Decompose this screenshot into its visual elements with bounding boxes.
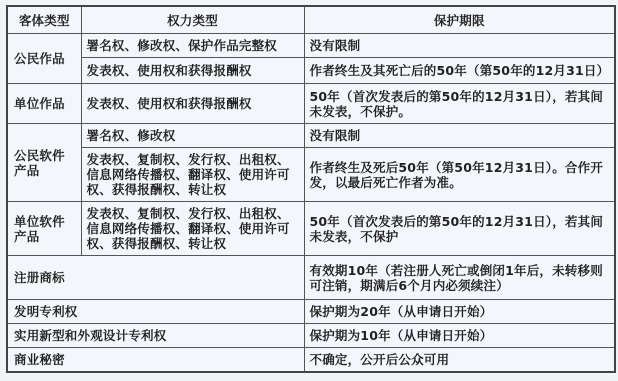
term-cell: 作者终生及死后50年（第50年12月31日）。合作开发，以最后死亡作者为准。 — [304, 148, 615, 202]
object-cell: 商业秘密 — [7, 348, 304, 372]
rights-cell: 发表权、使用权和获得报酬权 — [81, 58, 304, 84]
term-cell: 不确定，公开后公众可用 — [304, 348, 615, 372]
term-cell: 有效期10年（若注册人死亡或倒闭1年后，未转移则可注销，期满后6个月内必须续注） — [304, 256, 615, 300]
ip-protection-table-container: 客体类型 权力类型 保护期限 公民作品 署名权、修改权、保护作品完整权 没有限制… — [6, 5, 614, 373]
table-row: 实用新型和外观设计专利权 保护期为10年（从申请日开始） — [7, 324, 615, 348]
term-cell: 保护期为20年（从申请日开始） — [304, 300, 615, 324]
table-header-row: 客体类型 权力类型 保护期限 — [7, 6, 615, 34]
term-cell: 50年（首次发表后的第50年的12月31日），若其间未发表，不保护 — [304, 202, 615, 256]
rights-cell: 发表权、使用权和获得报酬权 — [81, 84, 304, 124]
rights-cell: 发表权、复制权、发行权、出租权、信息网络传播权、翻译权、使用许可权、获得报酬权、… — [81, 202, 304, 256]
term-cell: 没有限制 — [304, 124, 615, 148]
table-row: 发表权、使用权和获得报酬权 作者终生及其死亡后的50年（第50年的12月31日） — [7, 58, 615, 84]
table-row: 发表权、复制权、发行权、出租权、信息网络传播权、翻译权、使用许可权、获得报酬权、… — [7, 148, 615, 202]
object-cell: 发明专利权 — [7, 300, 304, 324]
term-cell: 保护期为10年（从申请日开始） — [304, 324, 615, 348]
table-row: 注册商标 有效期10年（若注册人死亡或倒闭1年后，未转移则可注销，期满后6个月内… — [7, 256, 615, 300]
table-row: 单位软件产品 发表权、复制权、发行权、出租权、信息网络传播权、翻译权、使用许可权… — [7, 202, 615, 256]
term-cell: 50年（首次发表后的第50年的12月31日），若其间未发表，不保护。 — [304, 84, 615, 124]
term-cell: 作者终生及其死亡后的50年（第50年的12月31日） — [304, 58, 615, 84]
rights-cell: 发表权、复制权、发行权、出租权、信息网络传播权、翻译权、使用许可权、获得报酬权、… — [81, 148, 304, 202]
header-right-type: 权力类型 — [81, 6, 304, 34]
object-cell: 注册商标 — [7, 256, 304, 300]
object-cell: 公民作品 — [7, 34, 81, 84]
object-cell: 单位软件产品 — [7, 202, 81, 256]
rights-cell: 署名权、修改权 — [81, 124, 304, 148]
term-cell: 没有限制 — [304, 34, 615, 58]
table-row: 公民软件产品 署名权、修改权 没有限制 — [7, 124, 615, 148]
object-cell: 公民软件产品 — [7, 124, 81, 202]
table-row: 发明专利权 保护期为20年（从申请日开始） — [7, 300, 615, 324]
table-row: 商业秘密 不确定，公开后公众可用 — [7, 348, 615, 372]
ip-protection-table: 客体类型 权力类型 保护期限 公民作品 署名权、修改权、保护作品完整权 没有限制… — [6, 5, 616, 373]
header-object-type: 客体类型 — [7, 6, 81, 34]
rights-cell: 署名权、修改权、保护作品完整权 — [81, 34, 304, 58]
table-row: 公民作品 署名权、修改权、保护作品完整权 没有限制 — [7, 34, 615, 58]
table-row: 单位作品 发表权、使用权和获得报酬权 50年（首次发表后的第50年的12月31日… — [7, 84, 615, 124]
header-protection-term: 保护期限 — [304, 6, 615, 34]
object-cell: 实用新型和外观设计专利权 — [7, 324, 304, 348]
object-cell: 单位作品 — [7, 84, 81, 124]
